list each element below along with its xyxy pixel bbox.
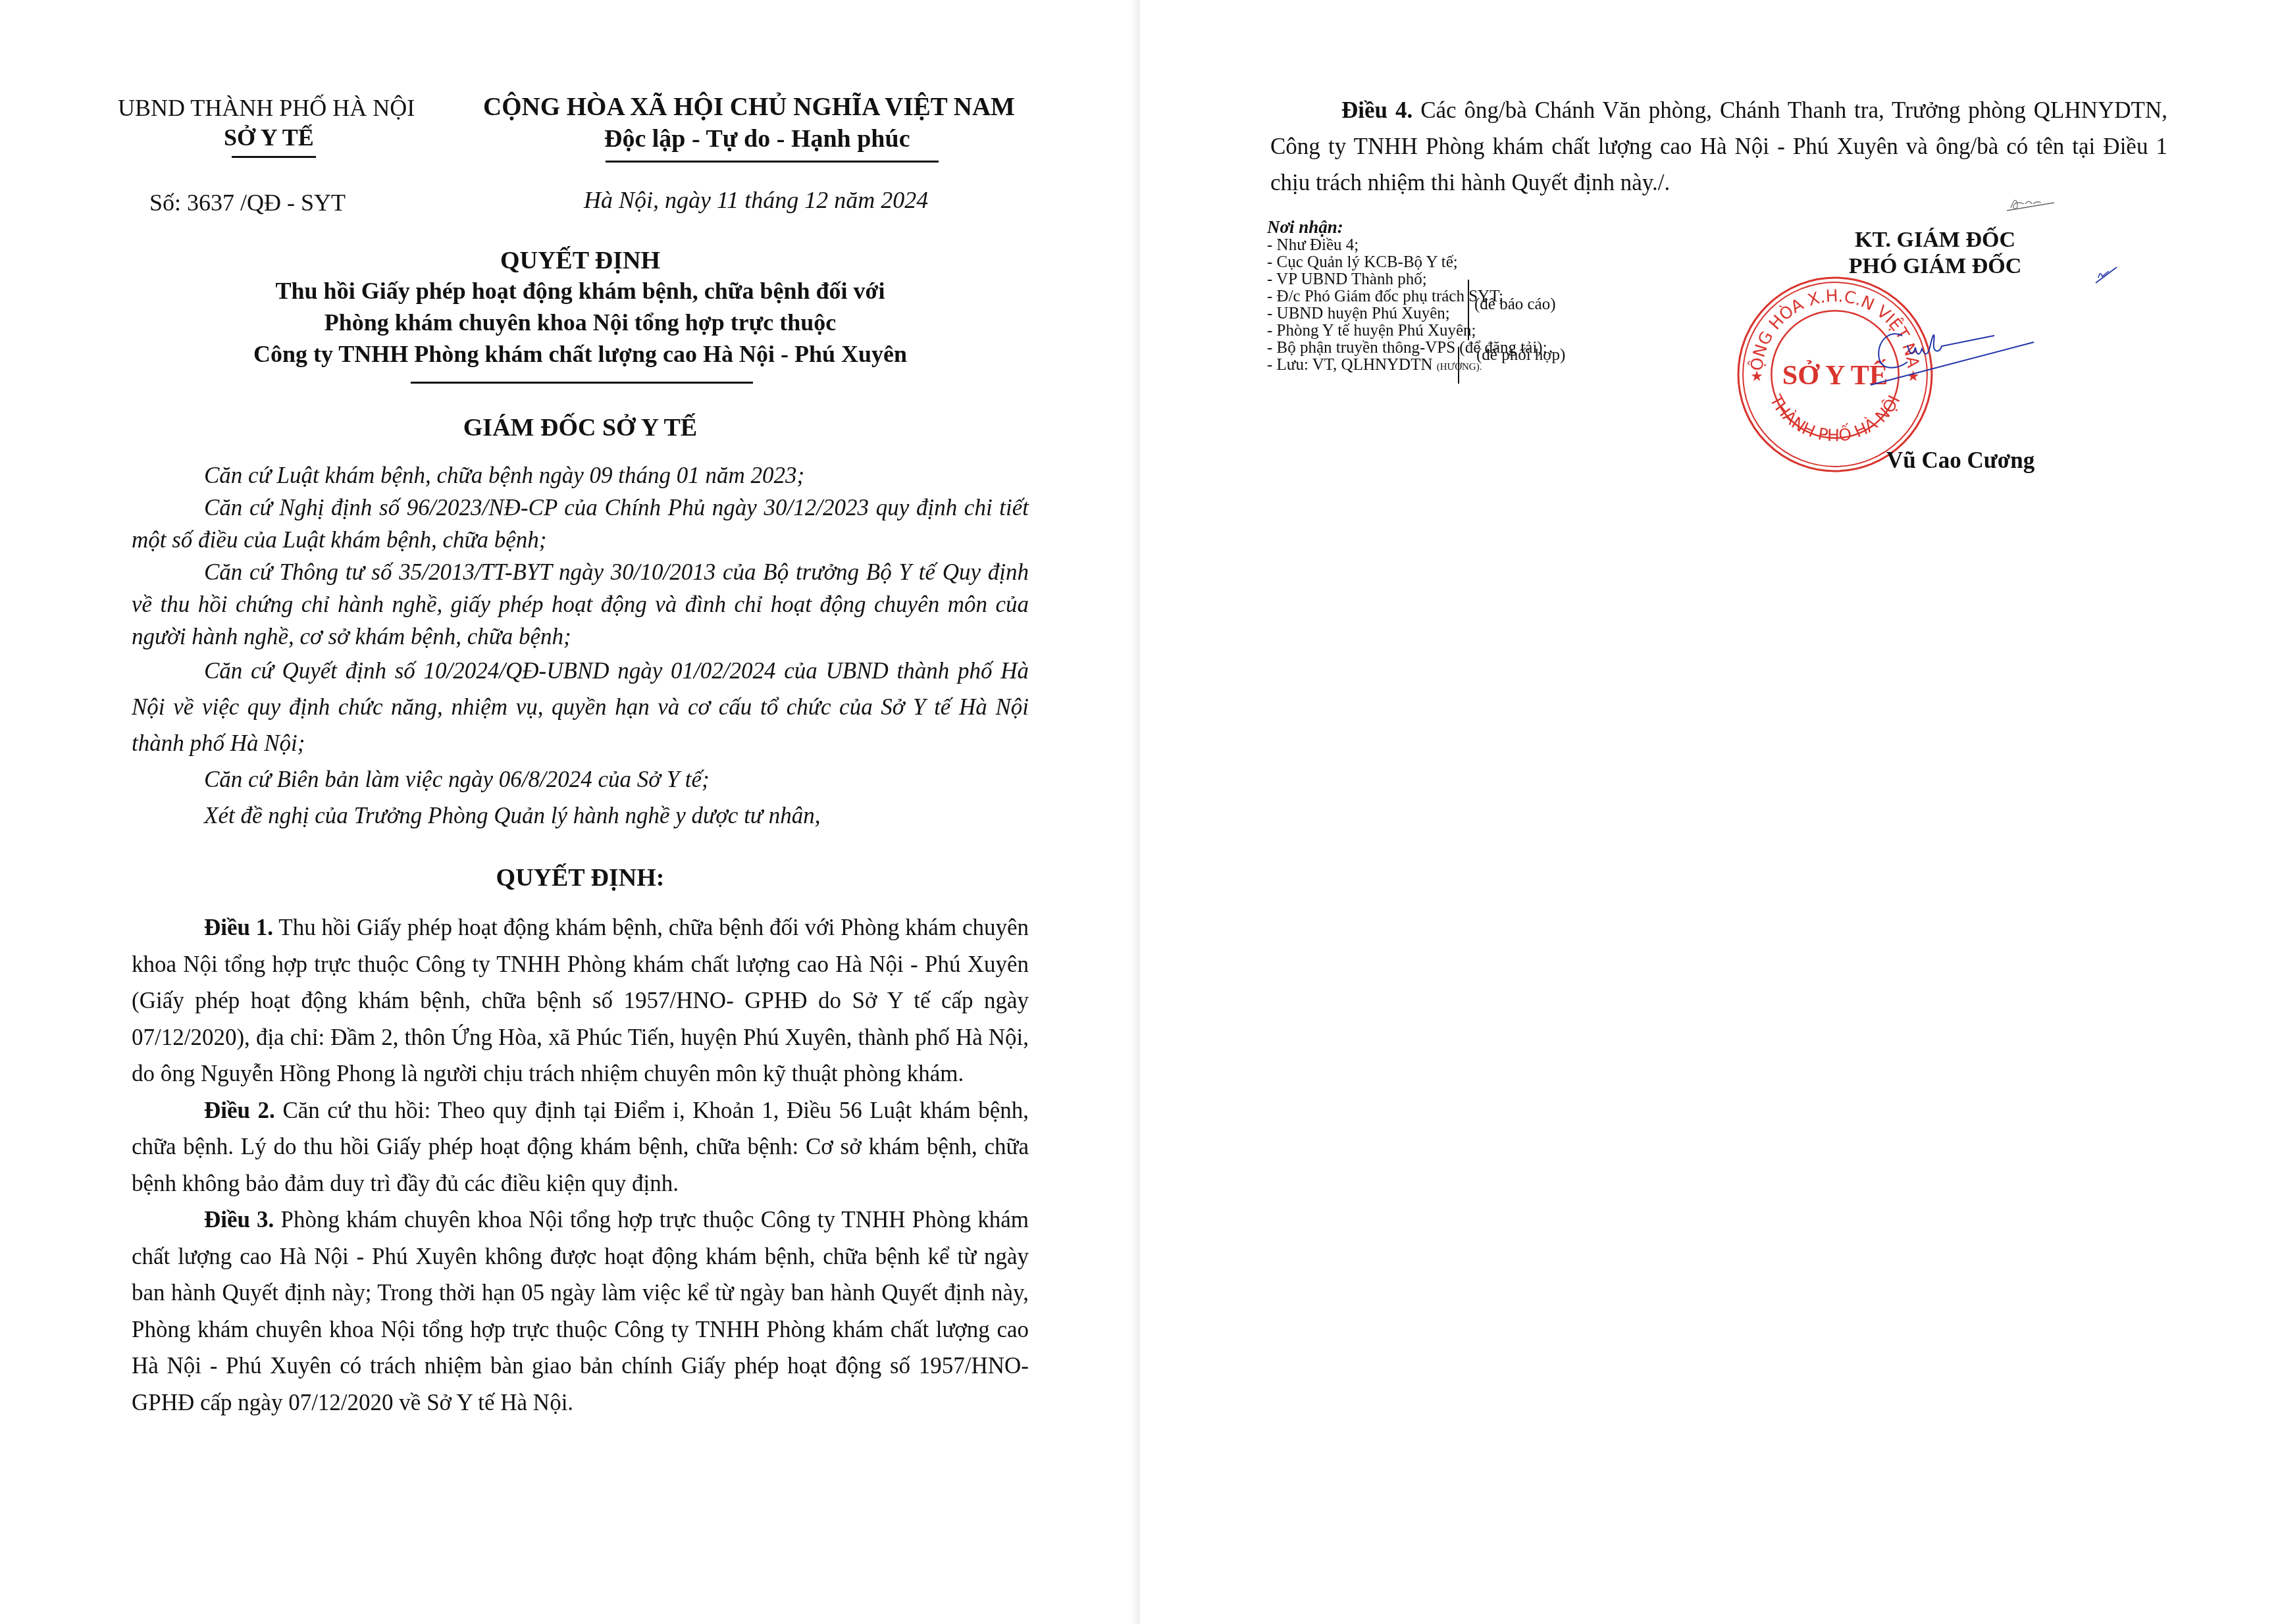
recipient-item: - Phòng Y tế huyện Phú Xuyên;: [1267, 322, 1547, 340]
recipients-heading: Nơi nhận:: [1267, 217, 1547, 237]
decision-title-block: QUYẾT ĐỊNH Thu hồi Giấy phép hoạt động k…: [132, 246, 1029, 370]
signer-name: Vũ Cao Cương: [1886, 447, 2034, 474]
article-2: Điều 2. Căn cứ thu hồi: Theo quy định tạ…: [132, 1092, 1029, 1202]
date-line: Hà Nội, ngày 11 tháng 12 năm 2024: [584, 186, 928, 214]
stamp-star-icon: ★: [1750, 368, 1763, 384]
stamp-bottom-text: THÀNH PHỐ HÀ NỘI: [1766, 392, 1904, 445]
page-left: UBND THÀNH PHỐ HÀ NỘI SỞ Y TẾ CỘNG HÒA X…: [0, 0, 1140, 1624]
recipient-item: - VP UBND Thành phố;: [1267, 271, 1547, 288]
initials-mark: [2004, 191, 2057, 213]
report-group-bracket: [1468, 280, 1469, 340]
archive-initials: (HƯƠNG).: [1437, 362, 1482, 372]
article-3-text: Phòng khám chuyên khoa Nội tổng hợp trực…: [132, 1207, 1029, 1415]
signature-on-behalf: KT. GIÁM ĐỐC: [1751, 227, 2119, 253]
motto: Độc lập - Tự do - Hạnh phúc: [604, 124, 910, 154]
article-2-label: Điều 2.: [204, 1098, 275, 1123]
document-number: Số: 3637 /QĐ - SYT: [149, 189, 346, 216]
title-underline: [411, 382, 753, 384]
article-4-label: Điều 4.: [1341, 97, 1412, 123]
issuer-parent: UBND THÀNH PHỐ HÀ NỘI: [118, 94, 415, 122]
article-3: Điều 3. Phòng khám chuyên khoa Nội tổng …: [132, 1202, 1029, 1421]
legal-basis-4: Căn cứ Quyết định số 10/2024/QĐ-UBND ngà…: [132, 653, 1029, 761]
article-1-label: Điều 1.: [204, 915, 273, 940]
coordinate-group-note: (để phối hợp): [1476, 347, 1565, 364]
articles: Điều 1. Thu hồi Giấy phép hoạt động khám…: [132, 909, 1029, 1421]
legal-basis-2: Căn cứ Nghị định số 96/2023/NĐ-CP của Ch…: [132, 492, 1029, 556]
decision-title: QUYẾT ĐỊNH: [132, 246, 1029, 275]
issuer: SỞ Y TẾ: [224, 124, 314, 151]
signature-position: PHÓ GIÁM ĐỐC: [1751, 253, 2119, 280]
issuer-underline: [232, 156, 316, 158]
motto-underline: [606, 161, 939, 163]
recipient-item: - Như Điều 4;: [1267, 237, 1547, 254]
decision-subject-line-3: Công ty TNHH Phòng khám chất lượng cao H…: [132, 338, 1029, 370]
coordinate-group-bracket: [1458, 347, 1459, 384]
legal-basis-5: Căn cứ Biên bản làm việc ngày 06/8/2024 …: [132, 761, 1029, 798]
article-4: Điều 4. Các ông/bà Chánh Văn phòng, Chán…: [1270, 92, 2167, 201]
handwritten-signature: [1869, 316, 2080, 395]
legal-basis-1: Căn cứ Luật khám bệnh, chữa bệnh ngày 09…: [132, 459, 1029, 492]
article-3-label: Điều 3.: [204, 1207, 274, 1232]
authority-heading: GIÁM ĐỐC SỞ Y TẾ: [132, 413, 1029, 442]
decision-subject-line-1: Thu hồi Giấy phép hoạt động khám bệnh, c…: [132, 275, 1029, 307]
article-1-text: Thu hồi Giấy phép hoạt động khám bệnh, c…: [132, 915, 1029, 1086]
approval-tick-mark: [2093, 263, 2119, 287]
legal-basis-3: Căn cứ Thông tư số 35/2013/TT-BYT ngày 3…: [132, 556, 1029, 653]
legal-bases: Căn cứ Luật khám bệnh, chữa bệnh ngày 09…: [132, 459, 1029, 834]
decision-heading: QUYẾT ĐỊNH:: [132, 863, 1029, 892]
recipient-item: - Cục Quản lý KCB-Bộ Y tế;: [1267, 254, 1547, 271]
nation-title: CỘNG HÒA XÃ HỘI CHỦ NGHĨA VIỆT NAM: [483, 92, 1015, 122]
decision-subject-line-2: Phòng khám chuyên khoa Nội tổng hợp trực…: [132, 307, 1029, 338]
legal-basis-6: Xét đề nghị của Trưởng Phòng Quản lý hàn…: [132, 798, 1029, 834]
article-1: Điều 1. Thu hồi Giấy phép hoạt động khám…: [132, 909, 1029, 1092]
signature-block: KT. GIÁM ĐỐC PHÓ GIÁM ĐỐC: [1751, 227, 2119, 280]
report-group-note: (để báo cáo): [1474, 296, 1556, 313]
